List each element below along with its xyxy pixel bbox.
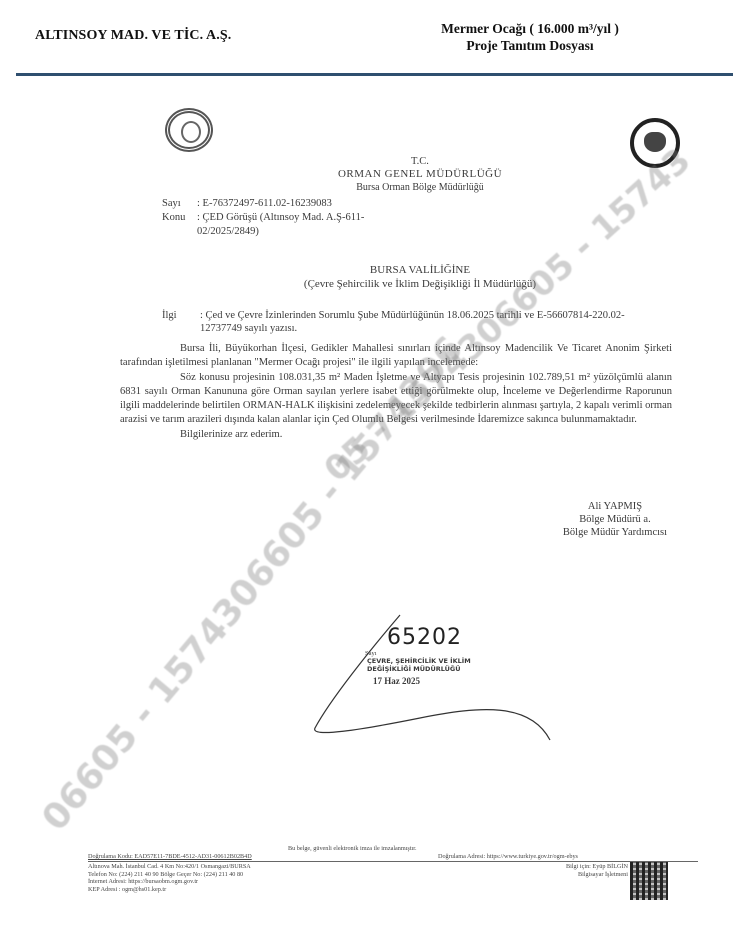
paragraph: Bursa İli, Büyükorhan İlçesi, Gedikler M… xyxy=(120,342,672,371)
letter-organization: T.C. ORMAN GENEL MÜDÜRLÜĞÜ Bursa Orman B… xyxy=(250,155,590,194)
signer-title2: Bölge Müdür Yardımcısı xyxy=(525,526,705,539)
meta-key: Sayı xyxy=(162,197,197,211)
meta-konu: Konu : ÇED Görüşü (Altınsoy Mad. A.Ş-611… xyxy=(162,211,397,239)
ministry-seal-icon xyxy=(165,108,213,152)
verification-address[interactable]: Doğrulama Adresi: https://www.turkiye.go… xyxy=(438,853,578,861)
signer-name: Ali YAPMIŞ xyxy=(525,500,705,513)
org-line1: T.C. xyxy=(250,155,590,168)
meta-value: : E-76372497-611.02-16239083 xyxy=(197,197,397,211)
org-line2: ORMAN GENEL MÜDÜRLÜĞÜ xyxy=(250,168,590,181)
stamp-line2: DEĞİŞİKLİĞİ MÜDÜRLÜĞÜ xyxy=(367,665,495,673)
stamp-label: Sayı xyxy=(365,650,495,657)
signature-block: Ali YAPMIŞ Bölge Müdürü a. Bölge Müdür Y… xyxy=(525,500,705,539)
stamp-line1: ÇEVRE, ŞEHİRCİLİK VE İKLİM xyxy=(367,657,495,665)
stamp-date: 17 Haz 2025 xyxy=(373,676,495,686)
letter-meta: Sayı : E-76372497-611.02-16239083 Konu :… xyxy=(162,197,397,239)
meta-sayi: Sayı : E-76372497-611.02-16239083 xyxy=(162,197,397,211)
reference-value: : Çed ve Çevre İzinlerinden Sorumlu Şube… xyxy=(200,309,660,335)
header-rule xyxy=(16,73,733,76)
meta-key: Konu xyxy=(162,211,197,239)
kep-address: KEP Adresi : ogm@hs01.kep.tr xyxy=(88,886,251,894)
contact-name: Bilgi için: Eyüp BİLGİN xyxy=(518,863,628,871)
contact-role: Bilgisayar İşletmeni xyxy=(518,871,628,879)
contact-details: Altınova Mah. İstanbul Cad. 4 Km No:420/… xyxy=(88,863,251,893)
stamp-number: 65202 xyxy=(387,625,495,650)
esign-notice: Bu belge, güvenli elektronik imza ile im… xyxy=(288,845,417,853)
reference-key: İlgi xyxy=(162,309,200,335)
project-title: Mermer Ocağı ( 16.000 m³/yıl ) Proje Tan… xyxy=(420,20,640,54)
web-address[interactable]: İnternet Adresi: https://bursaobm.ogm.go… xyxy=(88,878,251,886)
received-stamp: 65202 Sayı ÇEVRE, ŞEHİRCİLİK VE İKLİM DE… xyxy=(355,625,495,686)
qr-code-icon xyxy=(630,862,668,900)
verification-code: Doğrulama Kodu: EAD57E11-7BDE-4512-AD31-… xyxy=(88,853,252,861)
phone: Telefon No: (224) 211 40 90 Bölge Geçer … xyxy=(88,871,251,879)
reference: İlgi : Çed ve Çevre İzinlerinden Sorumlu… xyxy=(162,309,660,335)
project-title-line2: Proje Tanıtım Dosyası xyxy=(420,37,640,54)
meta-value: : ÇED Görüşü (Altınsoy Mad. A.Ş-611-02/2… xyxy=(197,211,397,239)
project-title-line1: Mermer Ocağı ( 16.000 m³/yıl ) xyxy=(420,20,640,37)
address: Altınova Mah. İstanbul Cad. 4 Km No:420/… xyxy=(88,863,251,871)
signer-title1: Bölge Müdürü a. xyxy=(525,513,705,526)
org-line3: Bursa Orman Bölge Müdürlüğü xyxy=(250,181,590,194)
footer-rule xyxy=(88,861,698,862)
contact-person: Bilgi için: Eyüp BİLGİN Bilgisayar İşlet… xyxy=(518,863,628,878)
company-name: ALTINSOY MAD. VE TİC. A.Ş. xyxy=(35,28,231,44)
